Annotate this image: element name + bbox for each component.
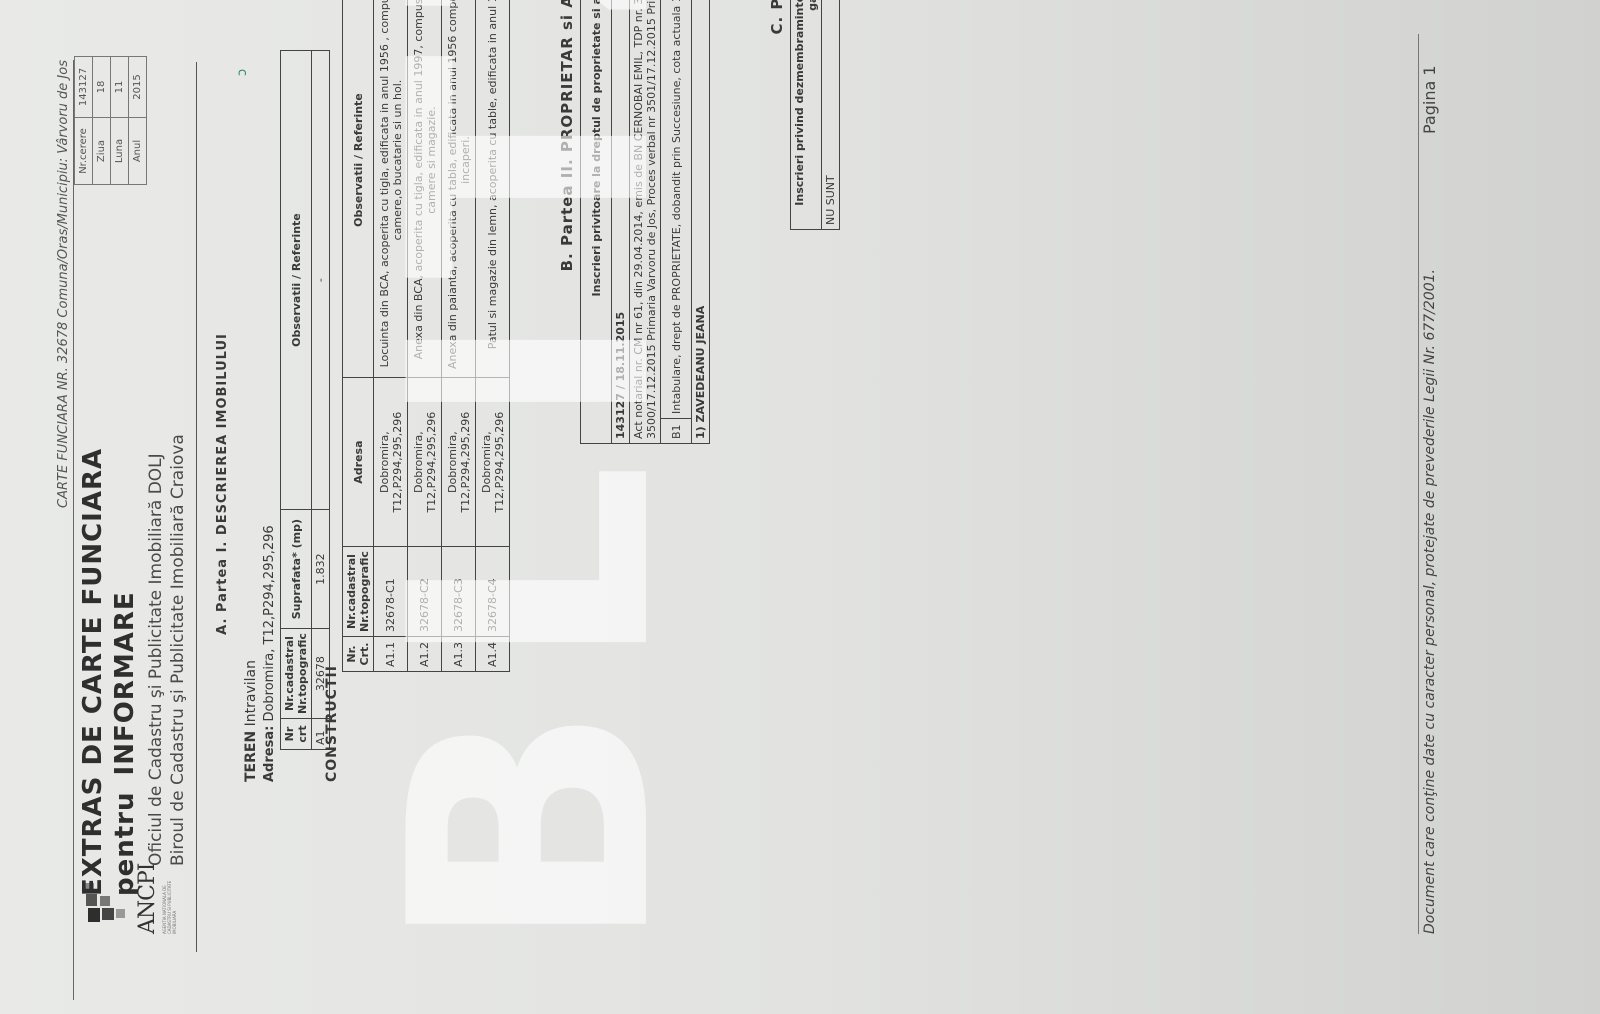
sarcini-table: Inscrieri privind dezmembramintele drept… xyxy=(790,0,840,230)
request-value: 11 xyxy=(111,57,129,118)
adresa-value: Dobromira, T12,P294,295,296 xyxy=(262,525,277,721)
teren-label: TEREN xyxy=(243,731,259,782)
teren-value: Intravilan xyxy=(243,660,259,726)
header-divider xyxy=(196,62,197,952)
footer-divider xyxy=(1418,34,1419,934)
document-title: EXTRAS DE CARTE FUNCIARA xyxy=(78,448,108,896)
table-row: A1 32678 1.832 - xyxy=(312,51,330,750)
request-label: Anul xyxy=(129,118,147,185)
constructii-label: CONSTRUCTII xyxy=(324,665,340,782)
teren-table: Nr crt Nr.cadastral Nr.topografic Supraf… xyxy=(280,50,330,750)
adresa-label: Adresa: xyxy=(262,726,277,782)
request-label: Luna xyxy=(111,118,129,185)
sarcini-value: NU SUNT xyxy=(822,0,840,230)
teren-line: TEREN Intravilan xyxy=(243,660,259,782)
col-header: Observatii / Referinte xyxy=(281,51,312,510)
request-value: 18 xyxy=(93,57,111,118)
col-header: Inscrieri privind dezmembramintele drept… xyxy=(791,0,822,230)
request-label: Nr.cerere xyxy=(75,118,93,185)
col-header: Nr crt xyxy=(281,719,312,750)
page-number: Pagina 1 xyxy=(1420,65,1439,134)
document-subtitle: pentruINFORMARE xyxy=(110,591,140,896)
col-header: Nr.cadastral Nr.topografic xyxy=(281,629,312,719)
request-value: 143127 xyxy=(75,57,93,118)
request-value: 2015 xyxy=(129,57,147,118)
footer-note: Document care conţine date cu caracter p… xyxy=(1422,269,1438,934)
table-row: NU SUNT xyxy=(822,0,840,230)
handwritten-check-mark-icon: ↄ xyxy=(235,69,250,76)
watermark: BLITZ xyxy=(340,0,724,954)
section-c-title: C. Partea III. SARCINI xyxy=(768,0,786,254)
cell: - xyxy=(312,51,330,510)
subtitle-informare: INFORMARE xyxy=(110,591,140,775)
office-name: Oficiul de Cadastru şi Publicitate Imobi… xyxy=(146,453,166,866)
subtitle-pentru: pentru xyxy=(110,791,140,896)
document-page: CARTE FUNCIARA NR. 32678 Comuna/Oras/Mun… xyxy=(0,0,1600,1014)
section-a-title: A. Partea I. DESCRIEREA IMOBILULUI xyxy=(215,164,230,804)
logo-subtext: AGENTIA NATIONALA DE CADASTRU SI PUBLICI… xyxy=(162,874,177,934)
request-label: Ziua xyxy=(93,118,111,185)
col-header: Suprafata* (mp) xyxy=(281,510,312,629)
request-box: Nr.cerere143127 Ziua18 Luna11 Anul2015 xyxy=(74,56,147,185)
adresa-line: Adresa: Dobromira, T12,P294,295,296 xyxy=(262,525,277,782)
carte-funciara-header: CARTE FUNCIARA NR. 32678 Comuna/Oras/Mun… xyxy=(56,60,74,1000)
bureau-name: Biroul de Cadastru şi Publicitate Imobil… xyxy=(168,434,188,866)
cell: 1.832 xyxy=(312,510,330,629)
